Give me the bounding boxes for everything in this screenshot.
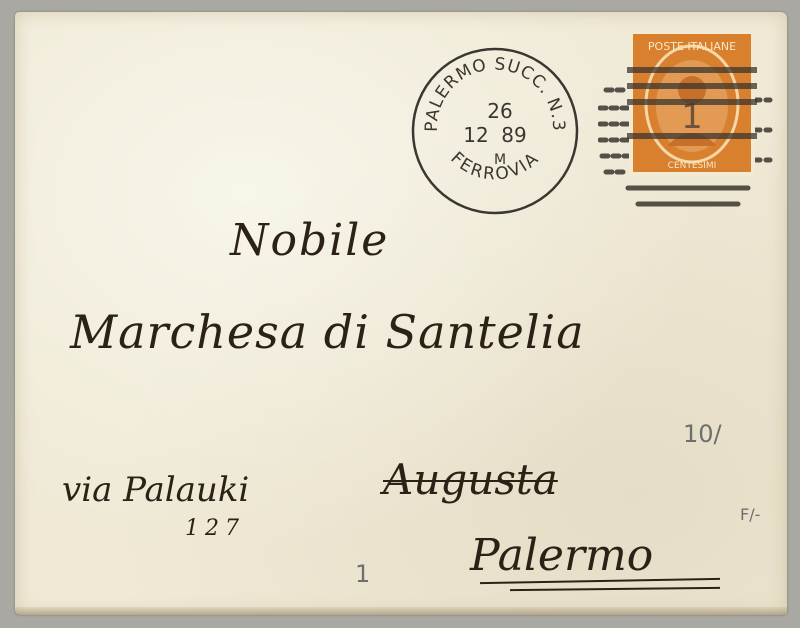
pencil-note: 10/ [683,420,722,448]
postmark-day: 26 [487,99,512,123]
honorific-text: Nobile [230,215,389,266]
recipient-name: Marchesa di Santelia [70,305,585,359]
stamp-value-text: CENTESIMI [668,161,717,171]
postmark-period: M [494,152,506,168]
street-number: 127 [185,516,245,541]
pencil-note: F/- [740,505,760,524]
postmark-year: 89 [501,123,526,147]
forwarded-city: Palermo [470,530,653,581]
postmark-hour: 12 [463,123,488,147]
original-city-struck: Augusta [383,455,558,504]
pencil-note: 1 [355,560,370,588]
cancel-numeral: 1 [681,97,703,137]
stamp-country-text: POSTE ITALIANE [648,40,736,53]
circular-postmark: PALERMO SUCC. N.3 FERROVIA 26 12 89 M [410,46,580,216]
postage-stamp: POSTE ITALIANE CENTESIMI 1 [627,28,757,178]
street-address: via Palauki [62,470,249,510]
